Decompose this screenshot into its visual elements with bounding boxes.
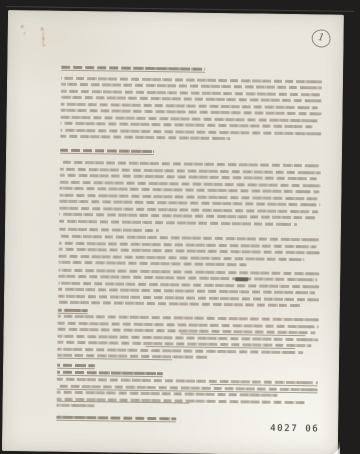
text-line: [58, 275, 317, 282]
text-line: [59, 187, 319, 194]
text-line: [56, 404, 94, 408]
text-line: [57, 347, 303, 353]
text-line: [58, 268, 319, 275]
document-page: 1 4027 06: [2, 10, 344, 454]
underline-mark: [58, 312, 88, 313]
rust-stain: [21, 25, 24, 28]
text-line: [61, 89, 320, 96]
text-line: [60, 161, 319, 168]
text-line: [61, 96, 322, 103]
text-line: [60, 135, 230, 140]
text-line: [60, 128, 321, 135]
text-line: [59, 241, 317, 248]
text-line: [60, 115, 320, 122]
text-line: [61, 76, 322, 83]
text-line: [61, 83, 322, 90]
text-line: [59, 248, 320, 255]
text-line: [59, 206, 318, 213]
text-line: [57, 378, 318, 385]
text-line: [58, 288, 315, 295]
underline-mark: [57, 367, 95, 369]
rust-stain: [43, 44, 45, 46]
rust-stain: [43, 37, 45, 39]
paper-corner-fold: [324, 441, 340, 454]
underline-mark: [56, 420, 176, 423]
text-line: [58, 321, 319, 328]
rust-stain: [24, 32, 26, 34]
text-line: [61, 102, 318, 109]
text-line: [60, 180, 321, 187]
text-line: [58, 281, 319, 288]
text-line: [59, 235, 320, 242]
text-line: [60, 122, 312, 129]
underline-mark: [60, 153, 154, 155]
rust-stain: [41, 27, 44, 30]
text-line: [60, 174, 317, 181]
text-line: [59, 254, 305, 260]
text-line: [59, 213, 315, 220]
text-line: [59, 228, 159, 232]
text-layer: [2, 10, 344, 454]
underline-mark: [57, 374, 163, 376]
text-line: [61, 109, 322, 116]
ink-blot: [235, 277, 248, 281]
text-line: [58, 301, 302, 307]
text-line: [58, 294, 319, 301]
text-line: [59, 200, 320, 207]
text-line: [59, 193, 317, 200]
text-line: [60, 167, 321, 174]
text-line: [58, 261, 246, 267]
label-line: [58, 308, 88, 311]
scanned-document-view: 1 4027 06: [0, 0, 360, 454]
label-line: [57, 363, 95, 367]
text-line: [58, 315, 319, 322]
text-line: [59, 219, 297, 225]
archive-stamp: 4027 06: [270, 424, 319, 435]
